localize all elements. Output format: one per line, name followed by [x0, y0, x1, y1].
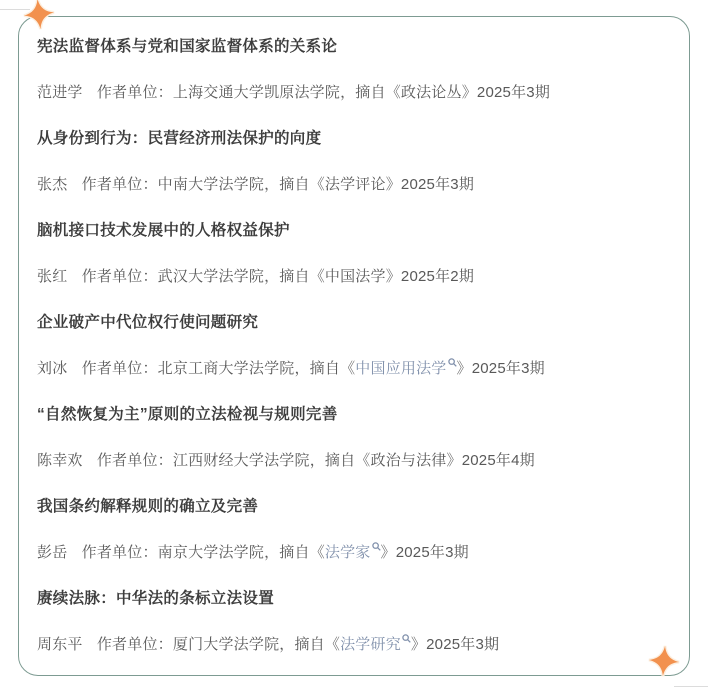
source-label: ，摘自	[310, 452, 356, 469]
issue-text: 2025年4期	[462, 452, 535, 469]
source-label: ，摘自	[294, 360, 340, 377]
article-meta-line: 范进学作者单位：上海交通大学凯原法学院，摘自《政法论丛》2025年3期	[37, 70, 671, 116]
search-icon[interactable]	[372, 543, 381, 553]
source-label: ，摘自	[264, 268, 310, 285]
author-name: 陈幸欢	[37, 452, 83, 469]
affiliation-label: 作者单位：	[97, 636, 173, 653]
affiliation-label: 作者单位：	[82, 360, 158, 377]
quote-close: 》	[386, 176, 401, 193]
journal-name[interactable]: 法学研究	[340, 636, 401, 653]
quote-open: 《	[355, 452, 370, 469]
article-meta-line: 彭岳作者单位：南京大学法学院，摘自《法学家》2025年3期	[37, 530, 671, 576]
issue-text: 2025年3期	[472, 360, 545, 377]
source-label: ，摘自	[279, 636, 325, 653]
article-entry: 赓续法脉：中华法的条标立法设置 周东平作者单位：厦门大学法学院，摘自《法学研究》…	[37, 576, 671, 668]
article-title: “自然恢复为主”原则的立法检视与规则完善	[37, 392, 671, 438]
affiliation: 中南大学法学院	[158, 176, 264, 193]
source-label: ，摘自	[340, 84, 386, 101]
article-entry: 宪法监督体系与党和国家监督体系的关系论 范进学作者单位：上海交通大学凯原法学院，…	[37, 24, 671, 116]
affiliation: 上海交通大学凯原法学院	[173, 84, 340, 101]
affiliation: 武汉大学法学院	[158, 268, 264, 285]
journal-name[interactable]: 中国应用法学	[355, 360, 446, 377]
quote-open: 《	[310, 176, 325, 193]
journal-name: 政法论丛	[401, 84, 462, 101]
article-title: 从身份到行为：民营经济刑法保护的向度	[37, 116, 671, 162]
page-edge-line-bottom	[674, 686, 708, 687]
issue-text: 2025年3期	[396, 544, 469, 561]
article-entry: 脑机接口技术发展中的人格权益保护 张红作者单位：武汉大学法学院，摘自《中国法学》…	[37, 208, 671, 300]
affiliation: 厦门大学法学院	[173, 636, 279, 653]
quote-open: 《	[386, 84, 401, 101]
source-label: ，摘自	[264, 176, 310, 193]
affiliation: 北京工商大学法学院	[158, 360, 295, 377]
article-entry: 从身份到行为：民营经济刑法保护的向度 张杰作者单位：中南大学法学院，摘自《法学评…	[37, 116, 671, 208]
article-list: 宪法监督体系与党和国家监督体系的关系论 范进学作者单位：上海交通大学凯原法学院，…	[37, 24, 671, 668]
article-entry: 我国条约解释规则的确立及完善 彭岳作者单位：南京大学法学院，摘自《法学家》202…	[37, 484, 671, 576]
author-name: 范进学	[37, 84, 83, 101]
journal-name: 法学评论	[325, 176, 386, 193]
quote-open: 《	[325, 636, 340, 653]
author-name: 张红	[37, 268, 67, 285]
journal-name: 政治与法律	[371, 452, 447, 469]
affiliation-label: 作者单位：	[97, 452, 173, 469]
quote-open: 《	[340, 360, 355, 377]
affiliation-label: 作者单位：	[82, 544, 158, 561]
search-icon[interactable]	[402, 635, 411, 645]
quote-close: 》	[457, 360, 472, 377]
journal-name[interactable]: 法学家	[325, 544, 371, 561]
quote-close: 》	[411, 636, 426, 653]
quote-close: 》	[447, 452, 462, 469]
affiliation-label: 作者单位：	[82, 268, 158, 285]
quote-close: 》	[381, 544, 396, 561]
issue-text: 2025年3期	[477, 84, 550, 101]
issue-text: 2025年3期	[401, 176, 474, 193]
article-meta-line: 陈幸欢作者单位：江西财经大学法学院，摘自《政治与法律》2025年4期	[37, 438, 671, 484]
quote-close: 》	[462, 84, 477, 101]
article-meta-line: 张杰作者单位：中南大学法学院，摘自《法学评论》2025年3期	[37, 162, 671, 208]
affiliation-label: 作者单位：	[97, 84, 173, 101]
affiliation-label: 作者单位：	[82, 176, 158, 193]
affiliation: 江西财经大学法学院	[173, 452, 310, 469]
article-title: 脑机接口技术发展中的人格权益保护	[37, 208, 671, 254]
article-title: 企业破产中代位权行使问题研究	[37, 300, 671, 346]
quote-close: 》	[386, 268, 401, 285]
quote-open: 《	[310, 268, 325, 285]
quote-open: 《	[310, 544, 325, 561]
search-icon[interactable]	[448, 359, 457, 369]
article-meta-line: 周东平作者单位：厦门大学法学院，摘自《法学研究》2025年3期	[37, 622, 671, 668]
author-name: 刘冰	[37, 360, 67, 377]
issue-text: 2025年3期	[426, 636, 499, 653]
article-digest-card: 宪法监督体系与党和国家监督体系的关系论 范进学作者单位：上海交通大学凯原法学院，…	[18, 16, 690, 676]
article-title: 宪法监督体系与党和国家监督体系的关系论	[37, 24, 671, 70]
article-title: 我国条约解释规则的确立及完善	[37, 484, 671, 530]
author-name: 周东平	[37, 636, 83, 653]
article-meta-line: 张红作者单位：武汉大学法学院，摘自《中国法学》2025年2期	[37, 254, 671, 300]
article-entry: “自然恢复为主”原则的立法检视与规则完善 陈幸欢作者单位：江西财经大学法学院，摘…	[37, 392, 671, 484]
author-name: 张杰	[37, 176, 67, 193]
article-title: 赓续法脉：中华法的条标立法设置	[37, 576, 671, 622]
issue-text: 2025年2期	[401, 268, 474, 285]
source-label: ，摘自	[264, 544, 310, 561]
page-edge-line-top	[0, 9, 30, 10]
author-name: 彭岳	[37, 544, 67, 561]
article-meta-line: 刘冰作者单位：北京工商大学法学院，摘自《中国应用法学》2025年3期	[37, 346, 671, 392]
journal-name: 中国法学	[325, 268, 386, 285]
affiliation: 南京大学法学院	[158, 544, 264, 561]
article-entry: 企业破产中代位权行使问题研究 刘冰作者单位：北京工商大学法学院，摘自《中国应用法…	[37, 300, 671, 392]
